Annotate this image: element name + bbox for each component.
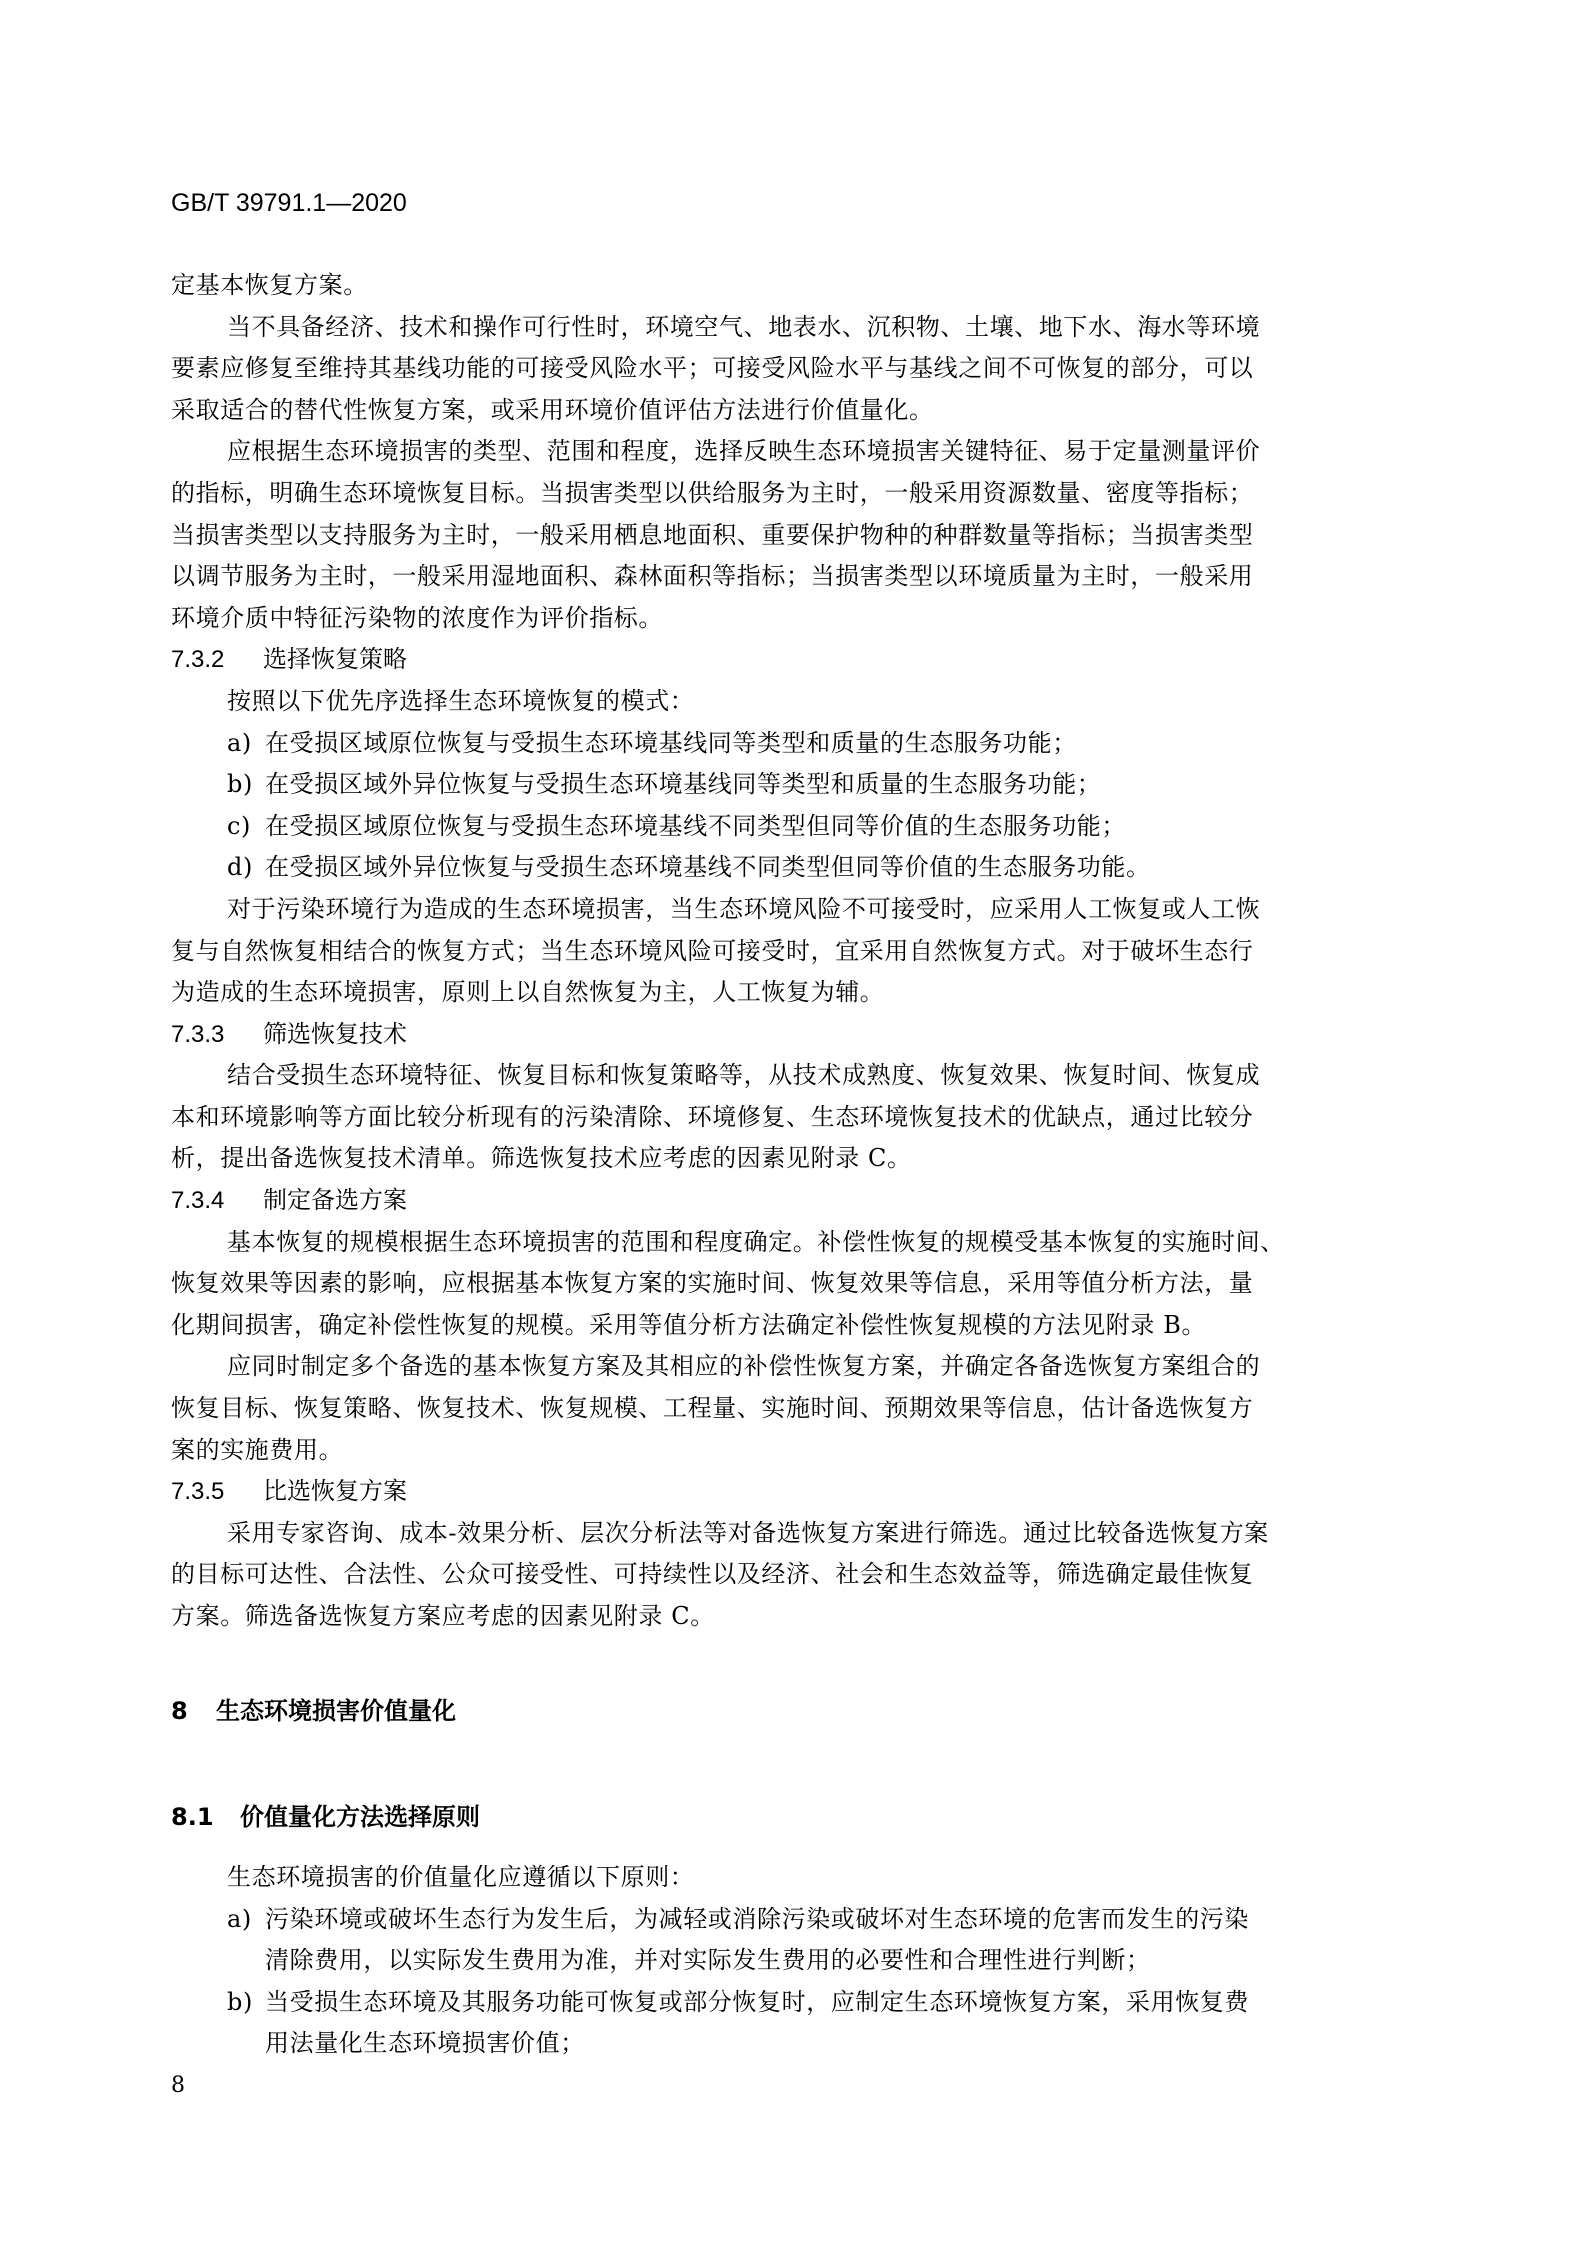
subsection-number: 7.3.3 bbox=[171, 1014, 263, 1056]
main-content: 定基本恢复方案。 当不具备经济、技术和操作可行性时，环境空气、地表水、沉积物、土… bbox=[171, 265, 1411, 1638]
text-line: 基本恢复的规模根据生态环境损害的范围和程度确定。补偿性恢复的规模受基本恢复的实施… bbox=[171, 1222, 1411, 1264]
paragraph-restoration-mode: 对于污染环境行为造成的生态环境损害，当生态环境风险不可接受时，应采用人工恢复或人… bbox=[171, 889, 1411, 1014]
list-item-text: 污染环境或破坏生态行为发生后，为减轻或消除污染或破坏对生态环境的危害而发生的污染 bbox=[265, 1899, 1249, 1941]
list-marker: a) bbox=[227, 723, 265, 765]
subsection-title: 筛选恢复技术 bbox=[263, 1021, 407, 1048]
subsection-title: 制定备选方案 bbox=[263, 1187, 407, 1214]
list-item: c) 在受损区域原位恢复与受损生态环境基线不同类型但同等价值的生态服务功能； bbox=[171, 806, 1411, 848]
list-marker: c) bbox=[227, 806, 265, 848]
subsection-heading-7-3-4: 7.3.4制定备选方案 bbox=[171, 1180, 1411, 1222]
list-intro: 按照以下优先序选择生态环境恢复的模式： bbox=[171, 681, 1411, 723]
subsection-heading-7-3-2: 7.3.2选择恢复策略 bbox=[171, 639, 1411, 681]
list-item: b) 当受损生态环境及其服务功能可恢复或部分恢复时，应制定生态环境恢复方案，采用… bbox=[171, 1982, 1411, 2024]
list-item-text: 在受损区域原位恢复与受损生态环境基线不同类型但同等价值的生态服务功能； bbox=[265, 806, 1126, 848]
section-heading-8-1: 8.1价值量化方法选择原则 bbox=[171, 1802, 480, 1832]
text-line: 结合受损生态环境特征、恢复目标和恢复策略等，从技术成熟度、恢复效果、恢复时间、恢… bbox=[171, 1055, 1411, 1097]
section-number: 8.1 bbox=[171, 1802, 240, 1832]
text-line: 当不具备经济、技术和操作可行性时，环境空气、地表水、沉积物、土壤、地下水、海水等… bbox=[171, 307, 1411, 349]
text-line: 方案。筛选备选恢复方案应考虑的因素见附录 C。 bbox=[171, 1596, 1411, 1638]
list-marker: a) bbox=[227, 1899, 265, 1941]
section-title: 生态环境损害价值量化 bbox=[216, 1697, 456, 1725]
list-item: d) 在受损区域外异位恢复与受损生态环境基线不同类型但同等价值的生态服务功能。 bbox=[171, 847, 1411, 889]
text-line: 的指标，明确生态环境恢复目标。当损害类型以供给服务为主时，一般采用资源数量、密度… bbox=[171, 473, 1411, 515]
list-item-continuation: 清除费用，以实际发生费用为准，并对实际发生费用的必要性和合理性进行判断； bbox=[171, 1940, 1411, 1982]
section-number: 8 bbox=[171, 1696, 216, 1726]
subsection-title: 选择恢复策略 bbox=[263, 646, 407, 673]
subsection-number: 7.3.4 bbox=[171, 1180, 263, 1222]
subsection-number: 7.3.2 bbox=[171, 639, 263, 681]
text-line: 应同时制定多个备选的基本恢复方案及其相应的补偿性恢复方案，并确定各备选恢复方案组… bbox=[171, 1346, 1411, 1388]
list-marker: b) bbox=[227, 764, 265, 806]
text-line: 案的实施费用。 bbox=[171, 1430, 1411, 1472]
paragraph-infeasible-restoration: 当不具备经济、技术和操作可行性时，环境空气、地表水、沉积物、土壤、地下水、海水等… bbox=[171, 307, 1411, 432]
list-item: b) 在受损区域外异位恢复与受损生态环境基线同等类型和质量的生态服务功能； bbox=[171, 764, 1411, 806]
paragraph-alternative-plans: 应同时制定多个备选的基本恢复方案及其相应的补偿性恢复方案，并确定各备选恢复方案组… bbox=[171, 1346, 1411, 1471]
list-item-text: 在受损区域外异位恢复与受损生态环境基线不同类型但同等价值的生态服务功能。 bbox=[265, 847, 1151, 889]
list-item-text: 在受损区域外异位恢复与受损生态环境基线同等类型和质量的生态服务功能； bbox=[265, 764, 1101, 806]
list-item-text: 在受损区域原位恢复与受损生态环境基线同等类型和质量的生态服务功能； bbox=[265, 723, 1077, 765]
text-line: 为造成的生态环境损害，原则上以自然恢复为主，人工恢复为辅。 bbox=[171, 972, 1411, 1014]
text-line: 以调节服务为主时，一般采用湿地面积、森林面积等指标；当损害类型以环境质量为主时，… bbox=[171, 556, 1411, 598]
text-line: 应根据生态环境损害的类型、范围和程度，选择反映生态环境损害关键特征、易于定量测量… bbox=[171, 431, 1411, 473]
subsection-title: 比选恢复方案 bbox=[263, 1478, 407, 1505]
text-line: 恢复目标、恢复策略、恢复技术、恢复规模、工程量、实施时间、预期效果等信息，估计备… bbox=[171, 1388, 1411, 1430]
paragraph-restoration-scale: 基本恢复的规模根据生态环境损害的范围和程度确定。补偿性恢复的规模受基本恢复的实施… bbox=[171, 1222, 1411, 1347]
text-line: 环境介质中特征污染物的浓度作为评价指标。 bbox=[171, 598, 1411, 640]
list-item-continuation: 用法量化生态环境损害价值； bbox=[171, 2023, 1411, 2065]
text-line: 的目标可达性、合法性、公众可接受性、可持续性以及经济、社会和生态效益等，筛选确定… bbox=[171, 1554, 1411, 1596]
list-item: a) 在受损区域原位恢复与受损生态环境基线同等类型和质量的生态服务功能； bbox=[171, 723, 1411, 765]
subsection-heading-7-3-3: 7.3.3筛选恢复技术 bbox=[171, 1014, 1411, 1056]
paragraph-plan-comparison: 采用专家咨询、成本-效果分析、层次分析法等对备选恢复方案进行筛选。通过比较备选恢… bbox=[171, 1513, 1411, 1638]
text-line: 当损害类型以支持服务为主时，一般采用栖息地面积、重要保护物种的种群数量等指标；当… bbox=[171, 515, 1411, 557]
subsection-number: 7.3.5 bbox=[171, 1471, 263, 1513]
list-marker: b) bbox=[227, 1982, 265, 2024]
text-line: 析，提出备选恢复技术清单。筛选恢复技术应考虑的因素见附录 C。 bbox=[171, 1138, 1411, 1180]
text-line: 本和环境影响等方面比较分析现有的污染清除、环境修复、生态环境恢复技术的优缺点，通… bbox=[171, 1097, 1411, 1139]
list-intro: 生态环境损害的价值量化应遵循以下原则： bbox=[171, 1857, 1411, 1899]
section-heading-8: 8生态环境损害价值量化 bbox=[171, 1696, 456, 1726]
subsection-heading-7-3-5: 7.3.5比选恢复方案 bbox=[171, 1471, 1411, 1513]
text-line: 化期间损害，确定补偿性恢复的规模。采用等值分析方法确定补偿性恢复规模的方法见附录… bbox=[171, 1305, 1411, 1347]
text-line: 对于污染环境行为造成的生态环境损害，当生态环境风险不可接受时，应采用人工恢复或人… bbox=[171, 889, 1411, 931]
text-line: 复与自然恢复相结合的恢复方式；当生态环境风险可接受时，宜采用自然恢复方式。对于破… bbox=[171, 931, 1411, 973]
text-line: 要素应修复至维持其基线功能的可接受风险水平；可接受风险水平与基线之间不可恢复的部… bbox=[171, 348, 1411, 390]
paragraph-indicators: 应根据生态环境损害的类型、范围和程度，选择反映生态环境损害关键特征、易于定量测量… bbox=[171, 431, 1411, 639]
list-item: a) 污染环境或破坏生态行为发生后，为减轻或消除污染或破坏对生态环境的危害而发生… bbox=[171, 1899, 1411, 1941]
section-title: 价值量化方法选择原则 bbox=[240, 1803, 480, 1831]
list-item-text: 当受损生态环境及其服务功能可恢复或部分恢复时，应制定生态环境恢复方案，采用恢复费 bbox=[265, 1982, 1249, 2024]
standard-number-header: GB/T 39791.1—2020 bbox=[171, 188, 407, 218]
paragraph-screening-technology: 结合受损生态环境特征、恢复目标和恢复策略等，从技术成熟度、恢复效果、恢复时间、恢… bbox=[171, 1055, 1411, 1180]
page-number: 8 bbox=[171, 2072, 185, 2100]
text-line: 采用专家咨询、成本-效果分析、层次分析法等对备选恢复方案进行筛选。通过比较备选恢… bbox=[171, 1513, 1411, 1555]
text-line: 恢复效果等因素的影响，应根据基本恢复方案的实施时间、恢复效果等信息，采用等值分析… bbox=[171, 1263, 1411, 1305]
section-8-1-content: 生态环境损害的价值量化应遵循以下原则： a) 污染环境或破坏生态行为发生后，为减… bbox=[171, 1857, 1411, 2065]
continuation-line: 定基本恢复方案。 bbox=[171, 265, 1411, 307]
text-line: 采取适合的替代性恢复方案，或采用环境价值评估方法进行价值量化。 bbox=[171, 390, 1411, 432]
document-page: GB/T 39791.1—2020 定基本恢复方案。 当不具备经济、技术和操作可… bbox=[0, 0, 1587, 2245]
list-marker: d) bbox=[227, 847, 265, 889]
